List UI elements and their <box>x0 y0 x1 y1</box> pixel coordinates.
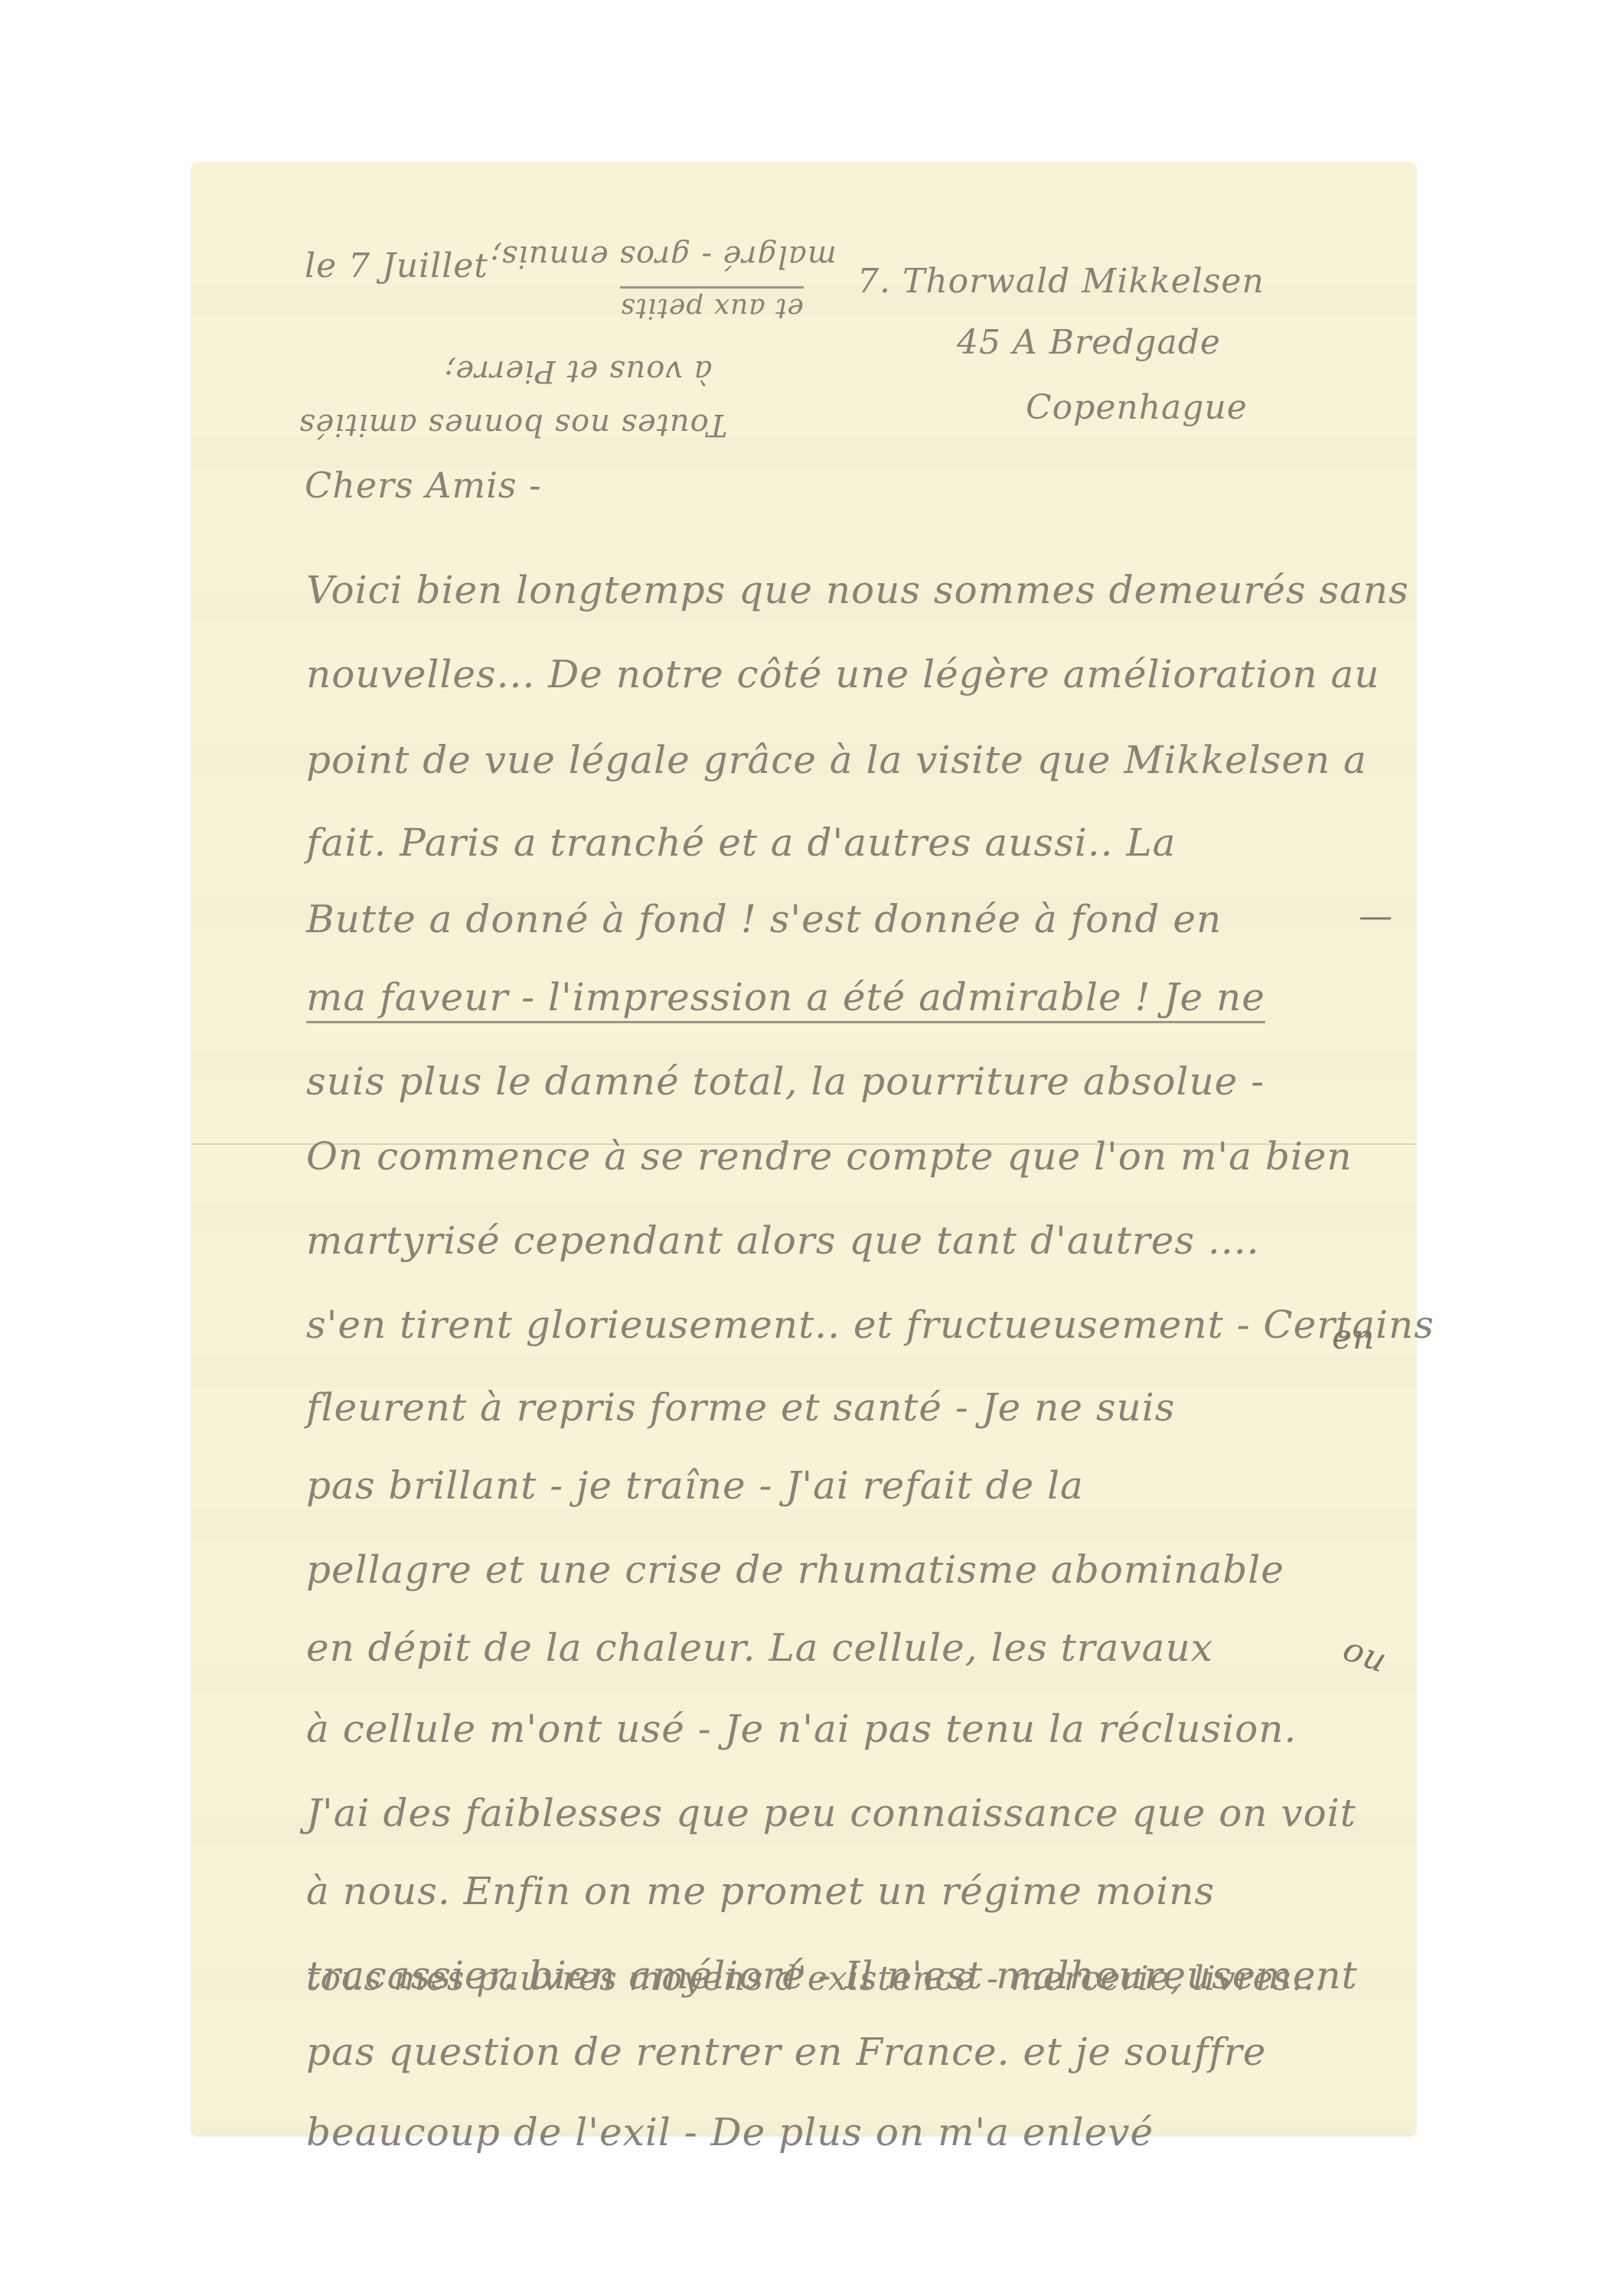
body-line-4: fait. Paris a tranché et a d'autres auss… <box>306 820 1176 865</box>
body-line-17: à nous. Enfin on me promet un régime moi… <box>306 1869 1215 1913</box>
body-line-20: beaucoup de l'exil - De plus on m'a enle… <box>306 2110 1154 2154</box>
body-line-11: fleurent à repris forme et santé - Je ne… <box>306 1385 1175 1430</box>
body-line-8: On commence à se rendre compte que l'on … <box>306 1134 1353 1179</box>
body-line-3: point de vue légale grâce à la visite qu… <box>306 738 1367 782</box>
address-line-2: 45 A Bredgade <box>957 323 1221 362</box>
body-line-7: suis plus le damné total, la pourriture … <box>306 1059 1265 1104</box>
inverted-note-line-4: Toutes nos bonnes amitiés <box>299 407 727 442</box>
inverted-note-line-2: et aux petits <box>620 292 804 324</box>
inverted-note-line-3: à vous et Pierre; <box>444 354 712 389</box>
address-line-1: 7. Thorwald Mikkelsen <box>857 262 1265 301</box>
inverted-note-line-1: malgré - gros ennuis; <box>490 239 837 274</box>
body-line-13: pellagre et une crise de rhumatisme abom… <box>306 1548 1284 1592</box>
address-line-3: Copenhague <box>1026 388 1248 427</box>
margin-mark-dash: — <box>1359 897 1393 936</box>
letter-date: le 7 Juillet <box>305 246 488 285</box>
body-line-2: nouvelles... De notre côté une légère am… <box>306 652 1380 696</box>
body-line-12: pas brillant - je traîne - J'ai refait d… <box>306 1463 1084 1508</box>
body-line-10: s'en tirent glorieusement.. et fructueus… <box>306 1303 1434 1347</box>
body-line-1: Voici bien longtemps que nous sommes dem… <box>306 568 1409 612</box>
body-line-19: pas question de rentrer en France. et je… <box>306 2030 1266 2074</box>
body-line-5: Butte a donné à fond ! s'est donnée à fo… <box>306 897 1222 941</box>
salutation: Chers Amis - <box>305 465 542 506</box>
margin-mark-ou: ou <box>1338 1629 1392 1681</box>
body-line-16: J'ai des faiblesses que peu connaissance… <box>306 1791 1356 1835</box>
body-line-9: martyrisé cependant alors que tant d'aut… <box>306 1218 1260 1263</box>
body-line-14: en dépit de la chaleur. La cellule, les … <box>306 1626 1213 1670</box>
letter-page: le 7 Juillet malgré - gros ennuis; et au… <box>191 162 1416 2135</box>
body-line-15: à cellule m'ont usé - Je n'ai pas tenu l… <box>306 1707 1297 1751</box>
margin-mark-en: en <box>1332 1318 1375 1357</box>
body-line-21: tous mes pauvres moyens d'existence - me… <box>306 1959 1326 1998</box>
body-line-6: ma faveur - l'impression a été admirable… <box>306 975 1265 1019</box>
